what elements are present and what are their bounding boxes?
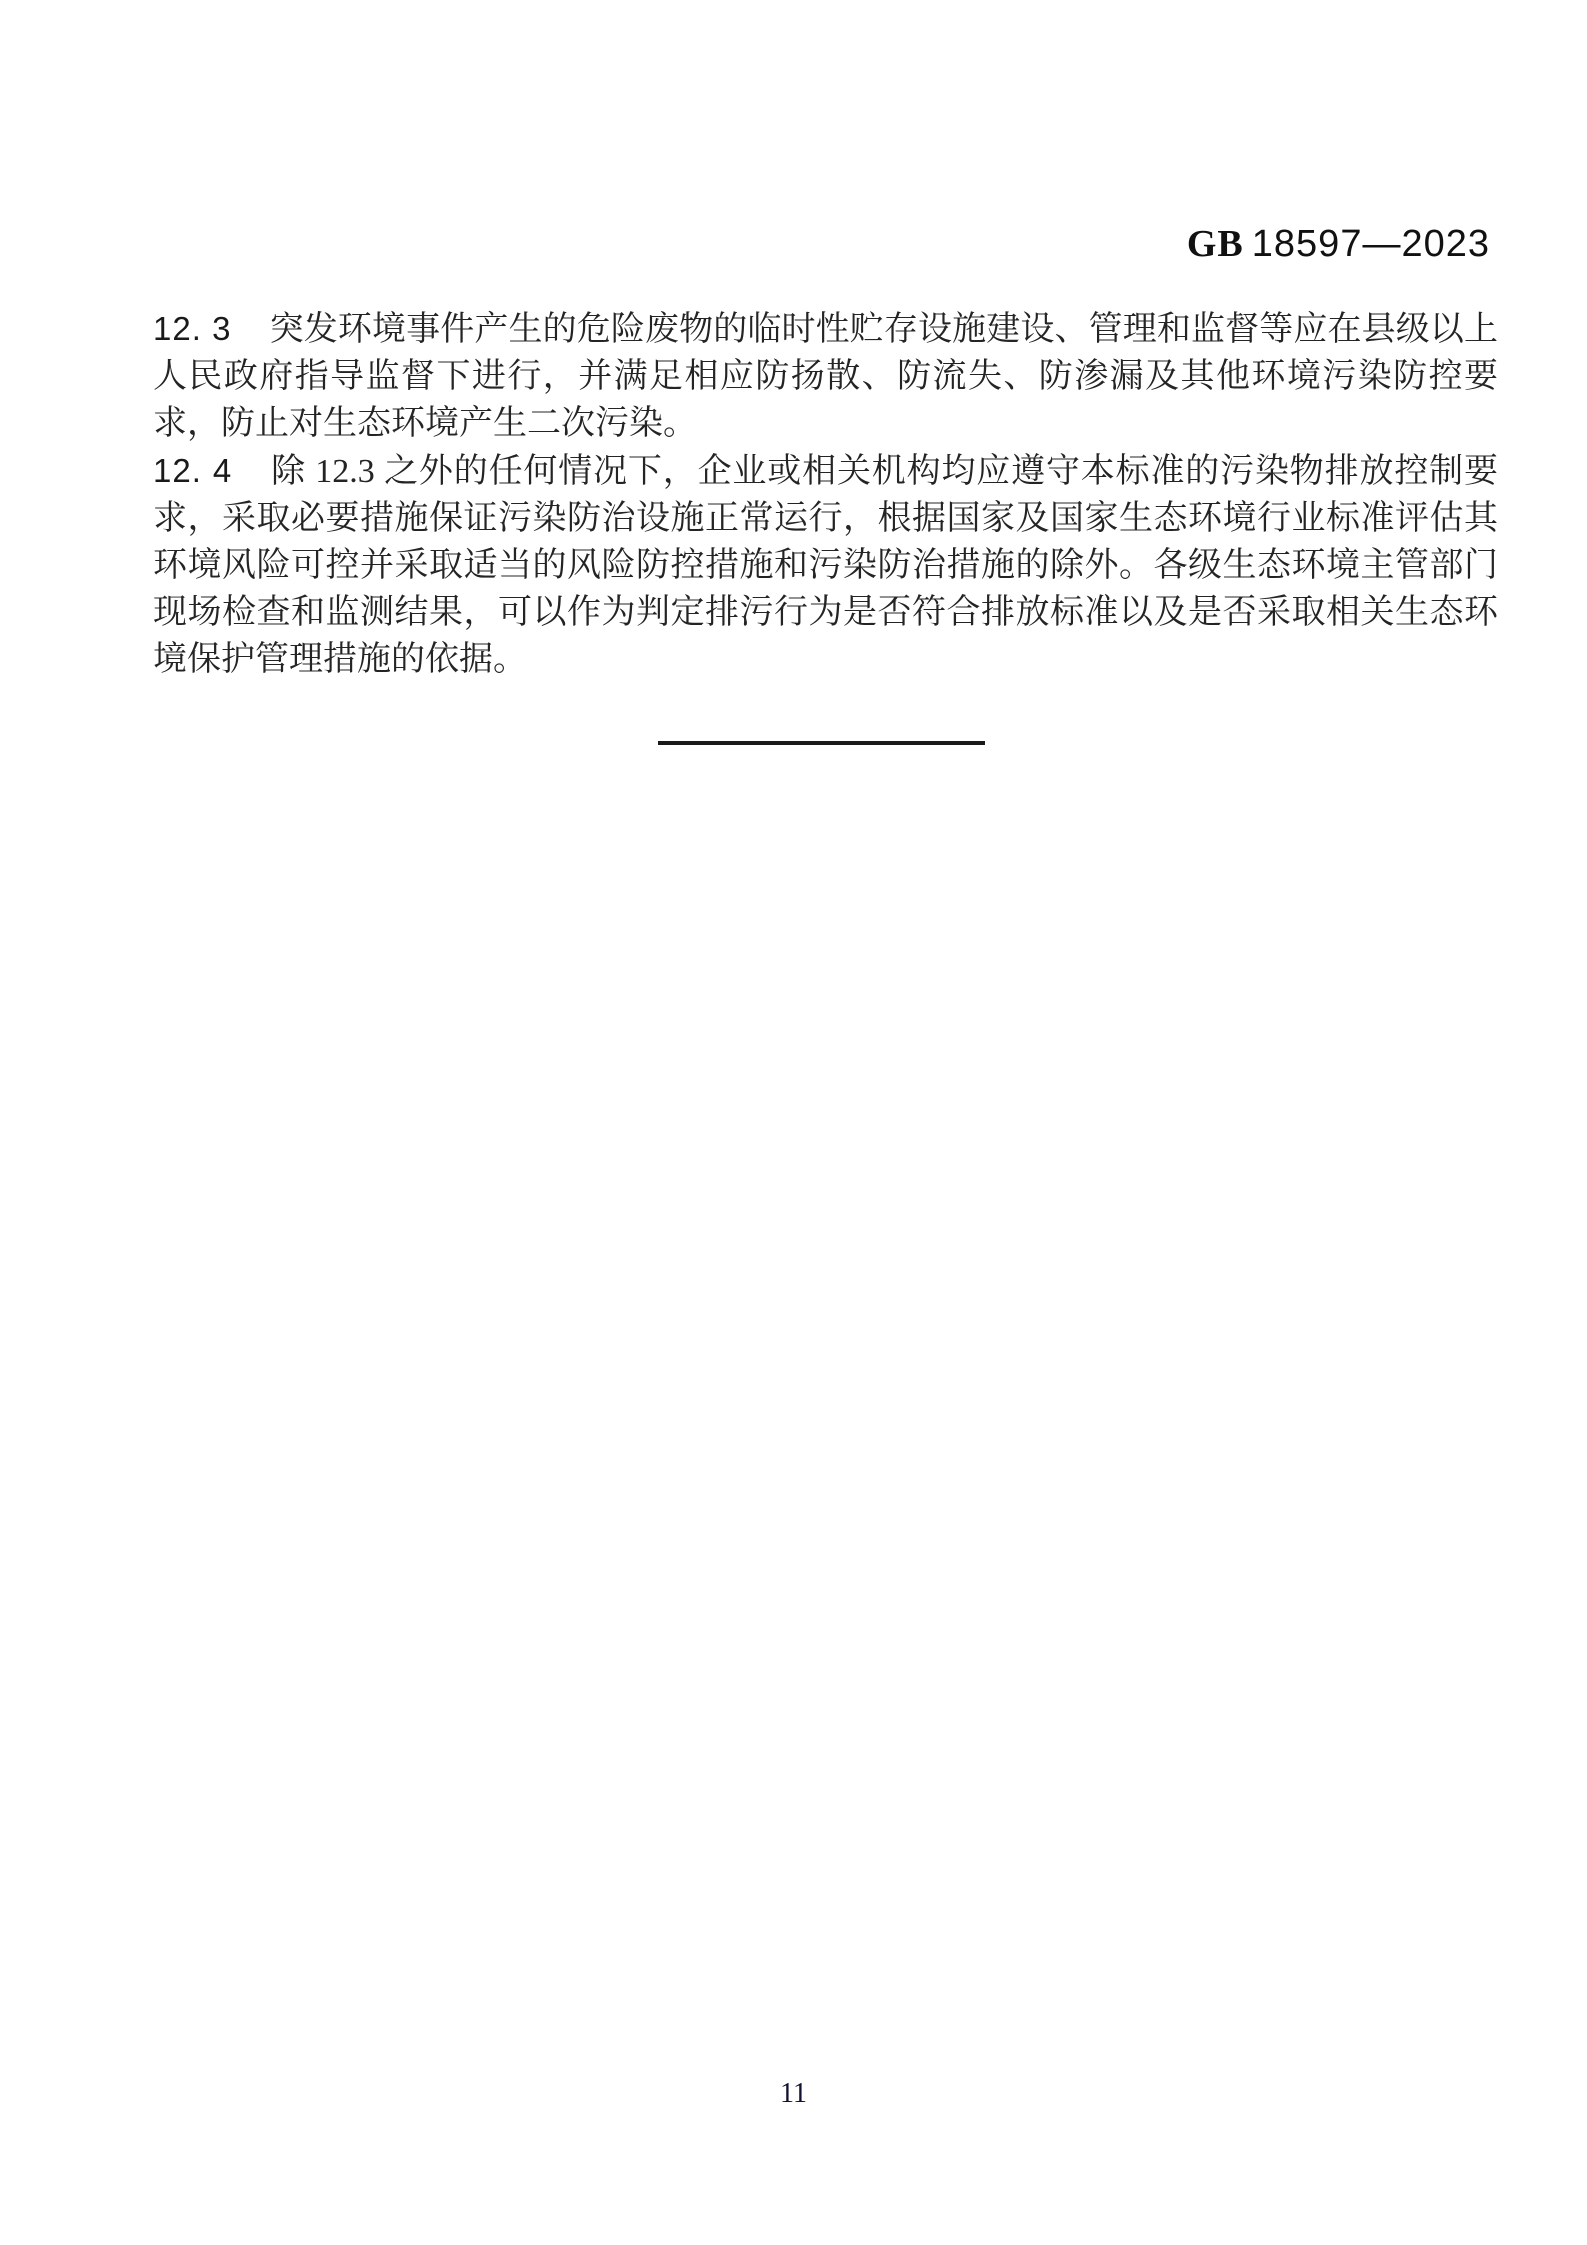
standard-code-prefix: GB bbox=[1187, 223, 1244, 265]
document-body: 12. 3突发环境事件产生的危险废物的临时性贮存设施建设、管理和监督等应在县级以… bbox=[153, 305, 1498, 683]
document-page: GB18597—2023 12. 3突发环境事件产生的危险废物的临时性贮存设施建… bbox=[0, 0, 1587, 2245]
section-12-3-text: 突发环境事件产生的危险废物的临时性贮存设施建设、管理和监督等应在县级以上人民政府… bbox=[153, 311, 1498, 442]
section-12-4-number: 12. 4 bbox=[153, 452, 232, 489]
section-12-4-text: 除 12.3 之外的任何情况下，企业或相关机构均应遵守本标准的污染物排放控制要求… bbox=[153, 453, 1498, 678]
standard-code-header: GB18597—2023 bbox=[0, 222, 1490, 266]
page-footer: 11 bbox=[0, 2078, 1587, 2110]
section-12-3-number: 12. 3 bbox=[153, 310, 232, 347]
standard-code-number: 18597—2023 bbox=[1252, 223, 1490, 265]
page-number: 11 bbox=[780, 2078, 807, 2109]
end-of-document-rule bbox=[658, 741, 985, 745]
section-12-3-paragraph: 12. 3突发环境事件产生的危险废物的临时性贮存设施建设、管理和监督等应在县级以… bbox=[153, 305, 1498, 447]
section-12-4-paragraph: 12. 4除 12.3 之外的任何情况下，企业或相关机构均应遵守本标准的污染物排… bbox=[153, 447, 1498, 683]
